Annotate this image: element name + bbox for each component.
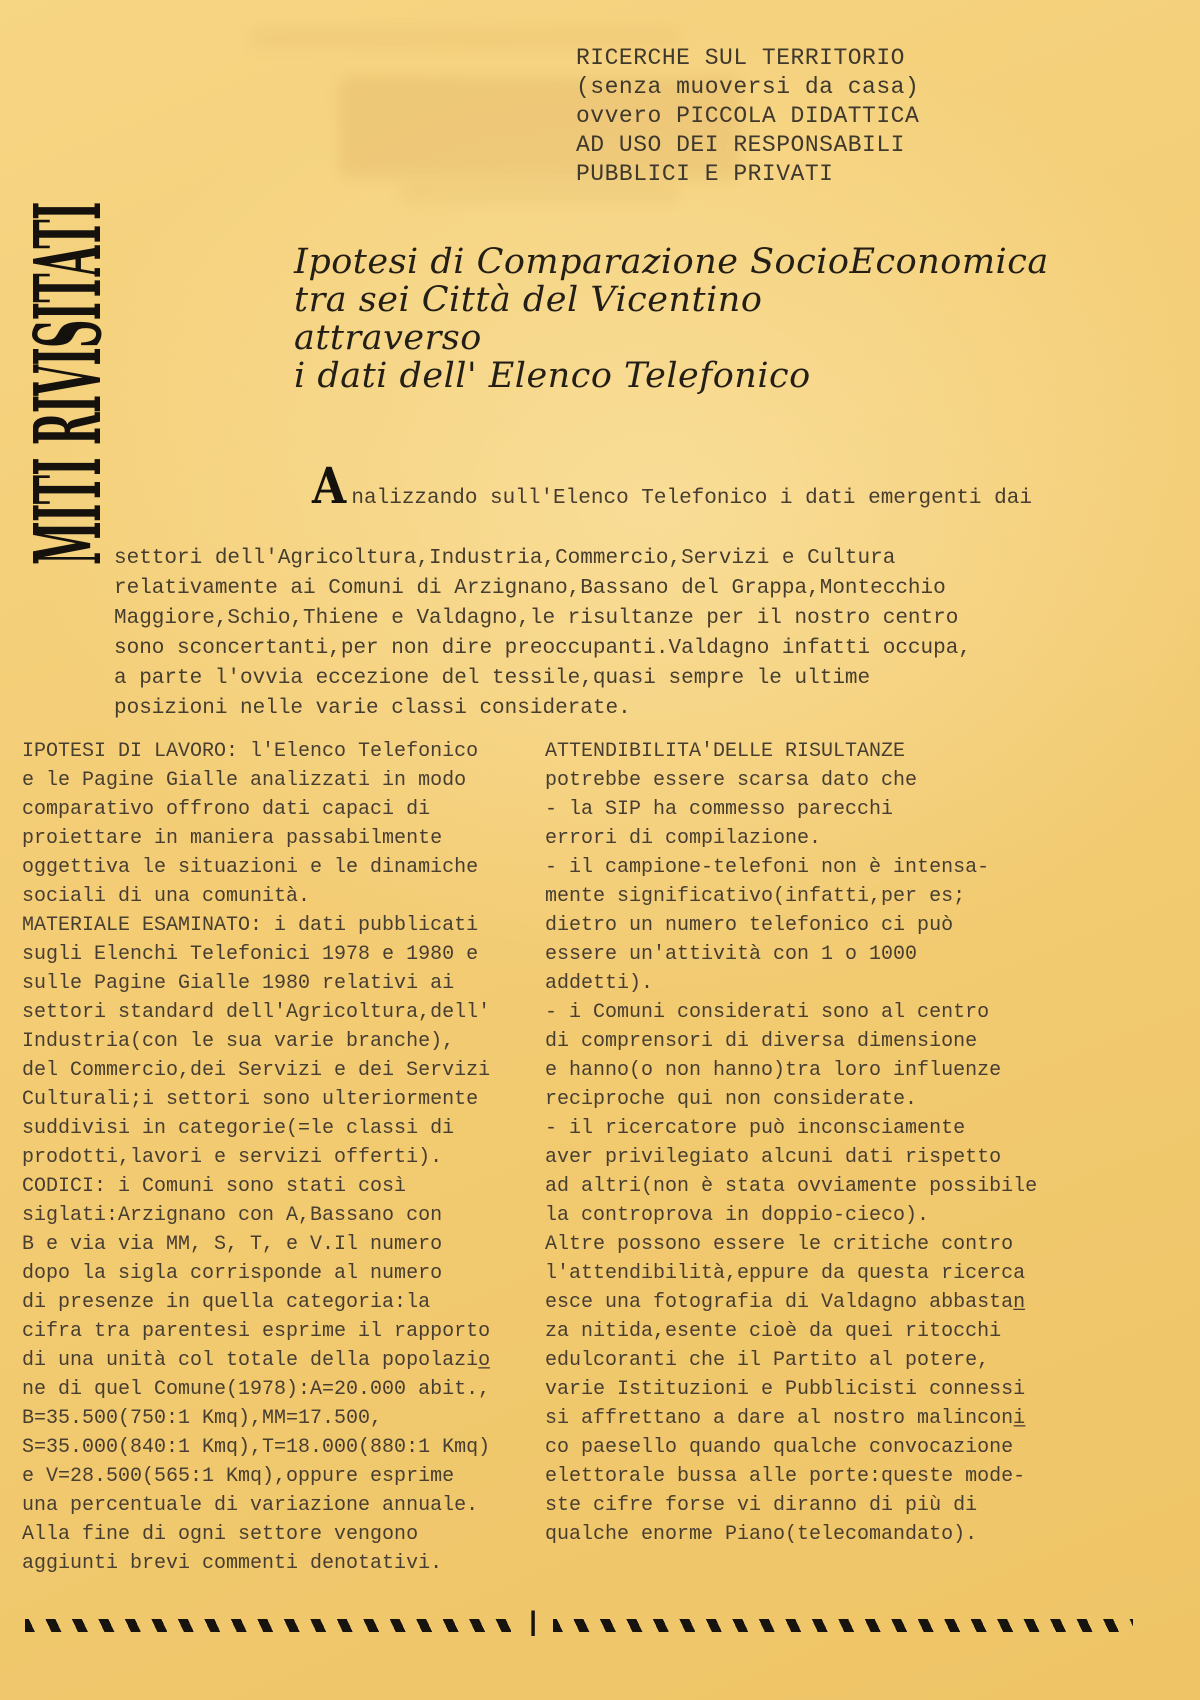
text-line: Maggiore,Schio,Thiene e Valdagno,le risu… [114, 604, 1014, 634]
text-line: ste cifre forse vi diranno di più di [545, 1491, 1105, 1520]
text-line: ovvero PICCOLA DIDATTICA [576, 102, 919, 131]
hazard-stripe-right [553, 1619, 1133, 1632]
text-line: qualche enorme Piano(telecomandato). [545, 1520, 1105, 1549]
text-line: mente significativo(infatti,per es; [545, 882, 1105, 911]
intro-first-line-text: nalizzando sull'Elenco Telefonico i dati… [351, 487, 1032, 510]
text-line: dopo la sigla corrisponde al numero [22, 1259, 534, 1288]
text-line: e hanno(o non hanno)tra loro influenze [545, 1056, 1105, 1085]
text-line: potrebbe essere scarsa dato che [545, 766, 1105, 795]
text-line: addetti). [545, 969, 1105, 998]
text-line: S=35.000(840:1 Kmq),T=18.000(880:1 Kmq) [22, 1433, 534, 1462]
text-line: Alla fine di ogni settore vengono [22, 1520, 534, 1549]
text-line: RICERCHE SUL TERRITORIO [576, 44, 919, 73]
left-column: IPOTESI DI LAVORO: l'Elenco Telefonicoe … [22, 737, 534, 1578]
text-line: - il ricercatore può inconsciamente [545, 1114, 1105, 1143]
stripe-divider-glyph: | [511, 1618, 553, 1631]
text-line: sono sconcertanti,per non dire preoccupa… [114, 634, 1014, 664]
intro-paragraph: Analizzando sull'Elenco Telefonico i dat… [114, 441, 1014, 724]
text-line: Altre possono essere le critiche contro [545, 1230, 1105, 1259]
text-line: una percentuale di variazione annuale. [22, 1491, 534, 1520]
text-line: tra sei Città del Vicentino [294, 281, 1049, 319]
text-line: ATTENDIBILITA'DELLE RISULTANZE [545, 737, 1105, 766]
text-line: attraverso [294, 319, 1049, 357]
text-line: e V=28.500(565:1 Kmq),oppure esprime [22, 1462, 534, 1491]
text-line: edulcoranti che il Partito al potere, [545, 1346, 1105, 1375]
text-line: PUBBLICI E PRIVATI [576, 160, 919, 189]
text-line: B=35.500(750:1 Kmq),MM=17.500, [22, 1404, 534, 1433]
text-line: Ipotesi di Comparazione SocioEconomica [294, 243, 1049, 281]
text-line: settori dell'Agricoltura,Industria,Comme… [114, 544, 1014, 574]
text-line: posizioni nelle varie classi considerate… [114, 694, 1014, 724]
text-line: ad altri(non è stata ovviamente possibil… [545, 1172, 1105, 1201]
text-line: la controprova in doppio-cieco). [545, 1201, 1105, 1230]
header-kicker: RICERCHE SUL TERRITORIO(senza muoversi d… [576, 44, 919, 189]
text-line: - la SIP ha commesso parecchi [545, 795, 1105, 824]
text-line: za nitida,esente cioè da quei ritocchi [545, 1317, 1105, 1346]
text-line: errori di compilazione. [545, 824, 1105, 853]
bottom-hazard-rule: | [25, 1617, 1133, 1633]
text-line: AD USO DEI RESPONSABILI [576, 131, 919, 160]
text-line: aggiunti brevi commenti denotativi. [22, 1549, 534, 1578]
text-line: sulle Pagine Gialle 1980 relativi ai [22, 969, 534, 998]
masthead-vertical-title: MITI RIVISITATI [22, 202, 114, 565]
text-line: comparativo offrono dati capaci di [22, 795, 534, 824]
text-line: MATERIALE ESAMINATO: i dati pubblicati [22, 911, 534, 940]
article-title: Ipotesi di Comparazione SocioEconomicatr… [294, 243, 1049, 395]
text-line: si affrettano a dare al nostro malinconi… [545, 1404, 1105, 1433]
text-line: e le Pagine Gialle analizzati in modo [22, 766, 534, 795]
text-line: ne di quel Comune(1978):A=20.000 abit., [22, 1375, 534, 1404]
right-column: ATTENDIBILITA'DELLE RISULTANZEpotrebbe e… [545, 737, 1105, 1549]
text-line: - i Comuni considerati sono al centro [545, 998, 1105, 1027]
text-line: prodotti,lavori e servizi offerti). [22, 1143, 534, 1172]
intro-first-line: Analizzando sull'Elenco Telefonico i dat… [114, 441, 1014, 544]
text-line: Industria(con le sua varie branche), [22, 1027, 534, 1056]
dropcap-letter: A [312, 471, 346, 501]
text-line: aver privilegiato alcuni dati rispetto [545, 1143, 1105, 1172]
text-line: l'attendibilità,eppure da questa ricerca [545, 1259, 1105, 1288]
text-line: siglati:Arzignano con A,Bassano con [22, 1201, 534, 1230]
text-line: suddivisi in categorie(=le classi di [22, 1114, 534, 1143]
text-line: essere un'attività con 1 o 1000 [545, 940, 1105, 969]
text-line: - il campione-telefoni non è intensa- [545, 853, 1105, 882]
text-line: oggettiva le situazioni e le dinamiche [22, 853, 534, 882]
text-line: relativamente ai Comuni di Arzignano,Bas… [114, 574, 1014, 604]
text-line: di presenze in quella categoria:la [22, 1288, 534, 1317]
text-line: di una unità col totale della popolazio̲ [22, 1346, 534, 1375]
hazard-stripe-left [25, 1619, 511, 1632]
text-line: B e via via MM, S, T, e V.Il numero [22, 1230, 534, 1259]
text-line: del Commercio,dei Servizi e dei Servizi [22, 1056, 534, 1085]
text-line: proiettare in maniera passabilmente [22, 824, 534, 853]
text-line: reciproche qui non considerate. [545, 1085, 1105, 1114]
text-line: CODICI: i Comuni sono stati così [22, 1172, 534, 1201]
text-line: a parte l'ovvia eccezione del tessile,qu… [114, 664, 1014, 694]
text-line: settori standard dell'Agricoltura,dell' [22, 998, 534, 1027]
text-line: sociali di una comunità. [22, 882, 534, 911]
text-line: cifra tra parentesi esprime il rapporto [22, 1317, 534, 1346]
scanned-page: MITI RIVISITATI RICERCHE SUL TERRITORIO(… [0, 0, 1200, 1700]
text-line: Culturali;i settori sono ulteriormente [22, 1085, 534, 1114]
text-line: (senza muoversi da casa) [576, 73, 919, 102]
text-line: sugli Elenchi Telefonici 1978 e 1980 e [22, 940, 534, 969]
text-line: varie Istituzioni e Pubblicisti connessi [545, 1375, 1105, 1404]
text-line: IPOTESI DI LAVORO: l'Elenco Telefonico [22, 737, 534, 766]
text-line: co paesello quando qualche convocazione [545, 1433, 1105, 1462]
intro-lines: settori dell'Agricoltura,Industria,Comme… [114, 544, 1014, 724]
text-line: esce una fotografia di Valdagno abbastan… [545, 1288, 1105, 1317]
text-line: i dati dell' Elenco Telefonico [294, 357, 1049, 395]
text-line: dietro un numero telefonico ci può [545, 911, 1105, 940]
text-line: di comprensori di diversa dimensione [545, 1027, 1105, 1056]
text-line: elettorale bussa alle porte:queste mode- [545, 1462, 1105, 1491]
